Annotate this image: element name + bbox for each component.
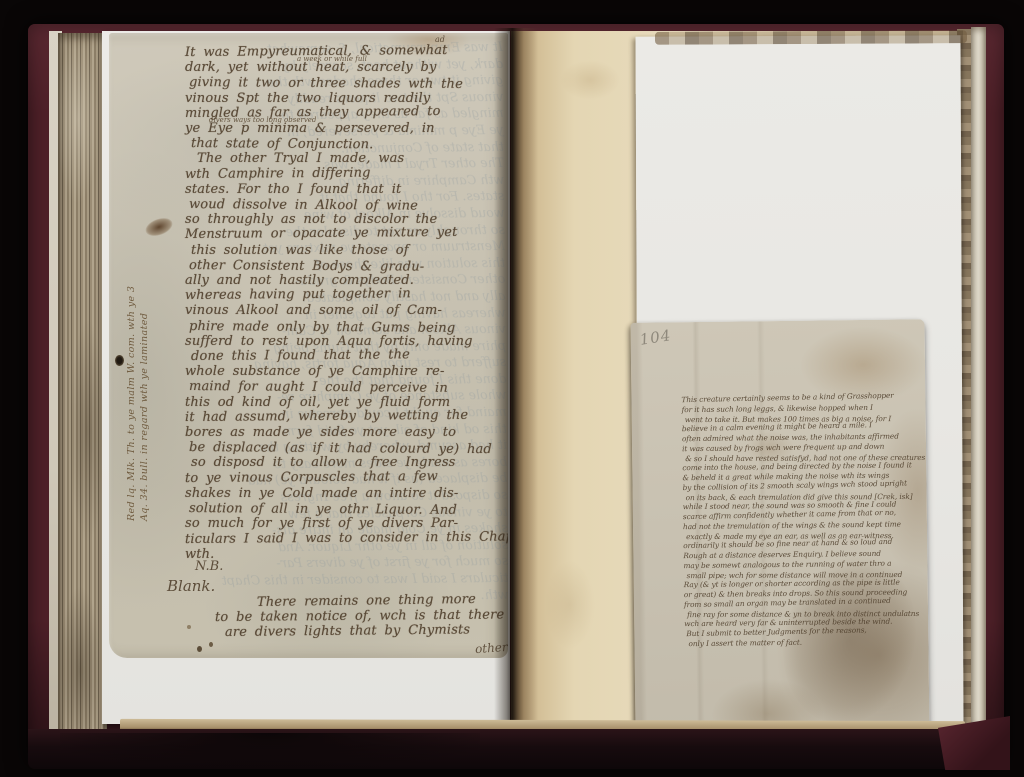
text-line: vinous Alkool and some oil of Cam- [185,303,503,318]
note-text-block: This creature certainly seems to be a ki… [681,392,924,648]
text-line: wth. [185,547,503,562]
text-line: it was caused by frogs wch were frequent… [682,441,922,454]
dirty-top-edge-band [655,30,967,45]
text-line: for it has such long leggs, & likewise h… [682,402,922,415]
bottom-cover-shadow-deep [60,733,480,769]
right-page-edges-cream [971,27,986,733]
album-stain [545,560,595,650]
ink-spot [187,625,191,629]
nota-bene-label: N.B. [195,559,223,574]
text-line: states. For tho I found that it [185,182,503,197]
interlinear-superscript: ad [435,35,445,44]
text-line: to ye vinous Corpuscles that a few [185,468,503,486]
interlinear-insertion-mid: divers ways too long observed [209,116,316,124]
text-line: this solution was like those of [191,243,503,258]
text-line: Red lq. Mlk. Th. to ye malm W. com. wth … [125,181,138,521]
text-line: bores as made ye sides more easy to [185,425,503,440]
text-line: had not the tremulation of the wings & t… [683,519,923,532]
inserted-note-folio-104: 104 This creature certainly seems to be … [631,319,930,732]
paper-hole [115,355,124,366]
closing-paragraph: There remains one thing moreto be taken … [199,595,499,640]
text-line: it had assumd, whereby by wetting the [185,407,503,425]
text-line: done this I found that the the [191,347,503,365]
text-line: shakes in ye Cold made an intire dis- [185,486,503,501]
text-line: whereas having put together in [185,286,503,304]
text-line: are divers lights that by Chymists [225,622,499,640]
text-line: may be somewt analogous to the running o… [683,558,923,571]
album-stain [560,60,620,100]
book-gutter-shadow [494,28,538,760]
text-line: whole substance of ye Camphire re- [185,364,503,379]
blank-label: Blank. [167,577,215,595]
ink-spot [209,642,213,647]
left-page-edges-mottle [58,33,107,757]
text-line: ticulars I said I was to consider in thi… [185,529,503,547]
text-line: wth Camphire in differing [185,164,503,182]
photo-stage: It was Empyreumatical, & somewhatdark, y… [0,0,1024,777]
text-line: Menstruum or opacate ye mixture yet [185,225,503,243]
interlinear-insertion-top: a week or while full [297,55,367,63]
ink-spot [197,646,202,652]
folio-number-pencil: 104 [639,326,673,349]
left-manuscript-leaf: It was Empyreumatical, & somewhatdark, y… [109,33,508,658]
